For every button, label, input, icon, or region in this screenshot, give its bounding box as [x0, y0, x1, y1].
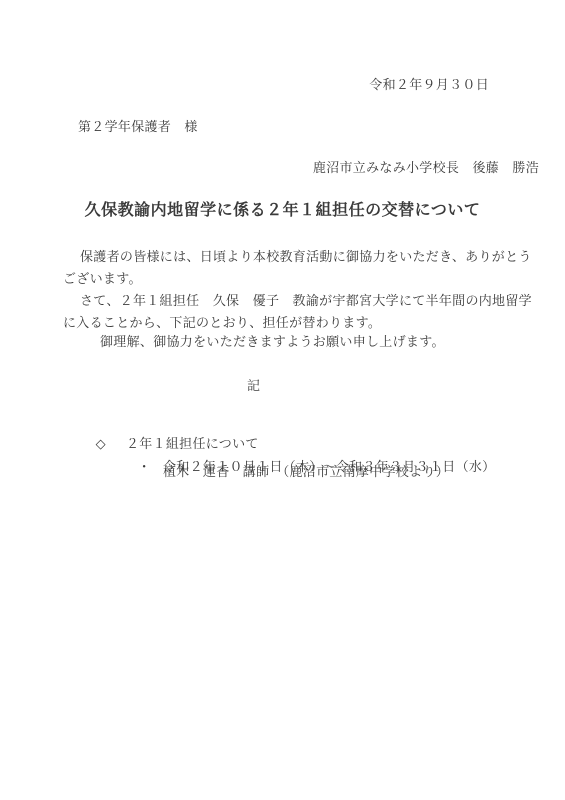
main-paragraph-line-2: に入ることから、下記のとおり、担任が替わります。 [63, 315, 381, 331]
bullet-list-marker-icon: ・ [138, 459, 151, 475]
date-line: 令和２年９月３０日 [0, 77, 489, 93]
diamond-list-marker-icon: ◇ [96, 436, 106, 452]
document-title: 久保教諭内地留学に係る２年１組担任の交替について [0, 203, 565, 219]
new-teacher-line: 植木 運香 講師 （鹿沼市立南摩中学校より） [163, 464, 449, 480]
record-marker: 記 [247, 378, 260, 394]
addressee-line: 第２学年保護者 様 [78, 119, 198, 135]
greeting-paragraph-line-2: ございます。 [63, 271, 142, 287]
greeting-paragraph-line-1: 保護者の皆様には、日頃より本校教育活動に御協力をいただき、ありがとう [80, 249, 532, 265]
sender-line: 鹿沼市立みなみ小学校長 後藤 勝浩 [0, 160, 539, 176]
document-page: 令和２年９月３０日 第２学年保護者 様 鹿沼市立みなみ小学校長 後藤 勝浩 久保… [0, 0, 565, 800]
request-line: 御理解、御協力をいただきますようお願い申し上げます。 [100, 334, 445, 350]
main-paragraph-line-1: さて、２年１組担任 久保 優子 教諭が宇都宮大学にて半年間の内地留学 [80, 293, 532, 309]
